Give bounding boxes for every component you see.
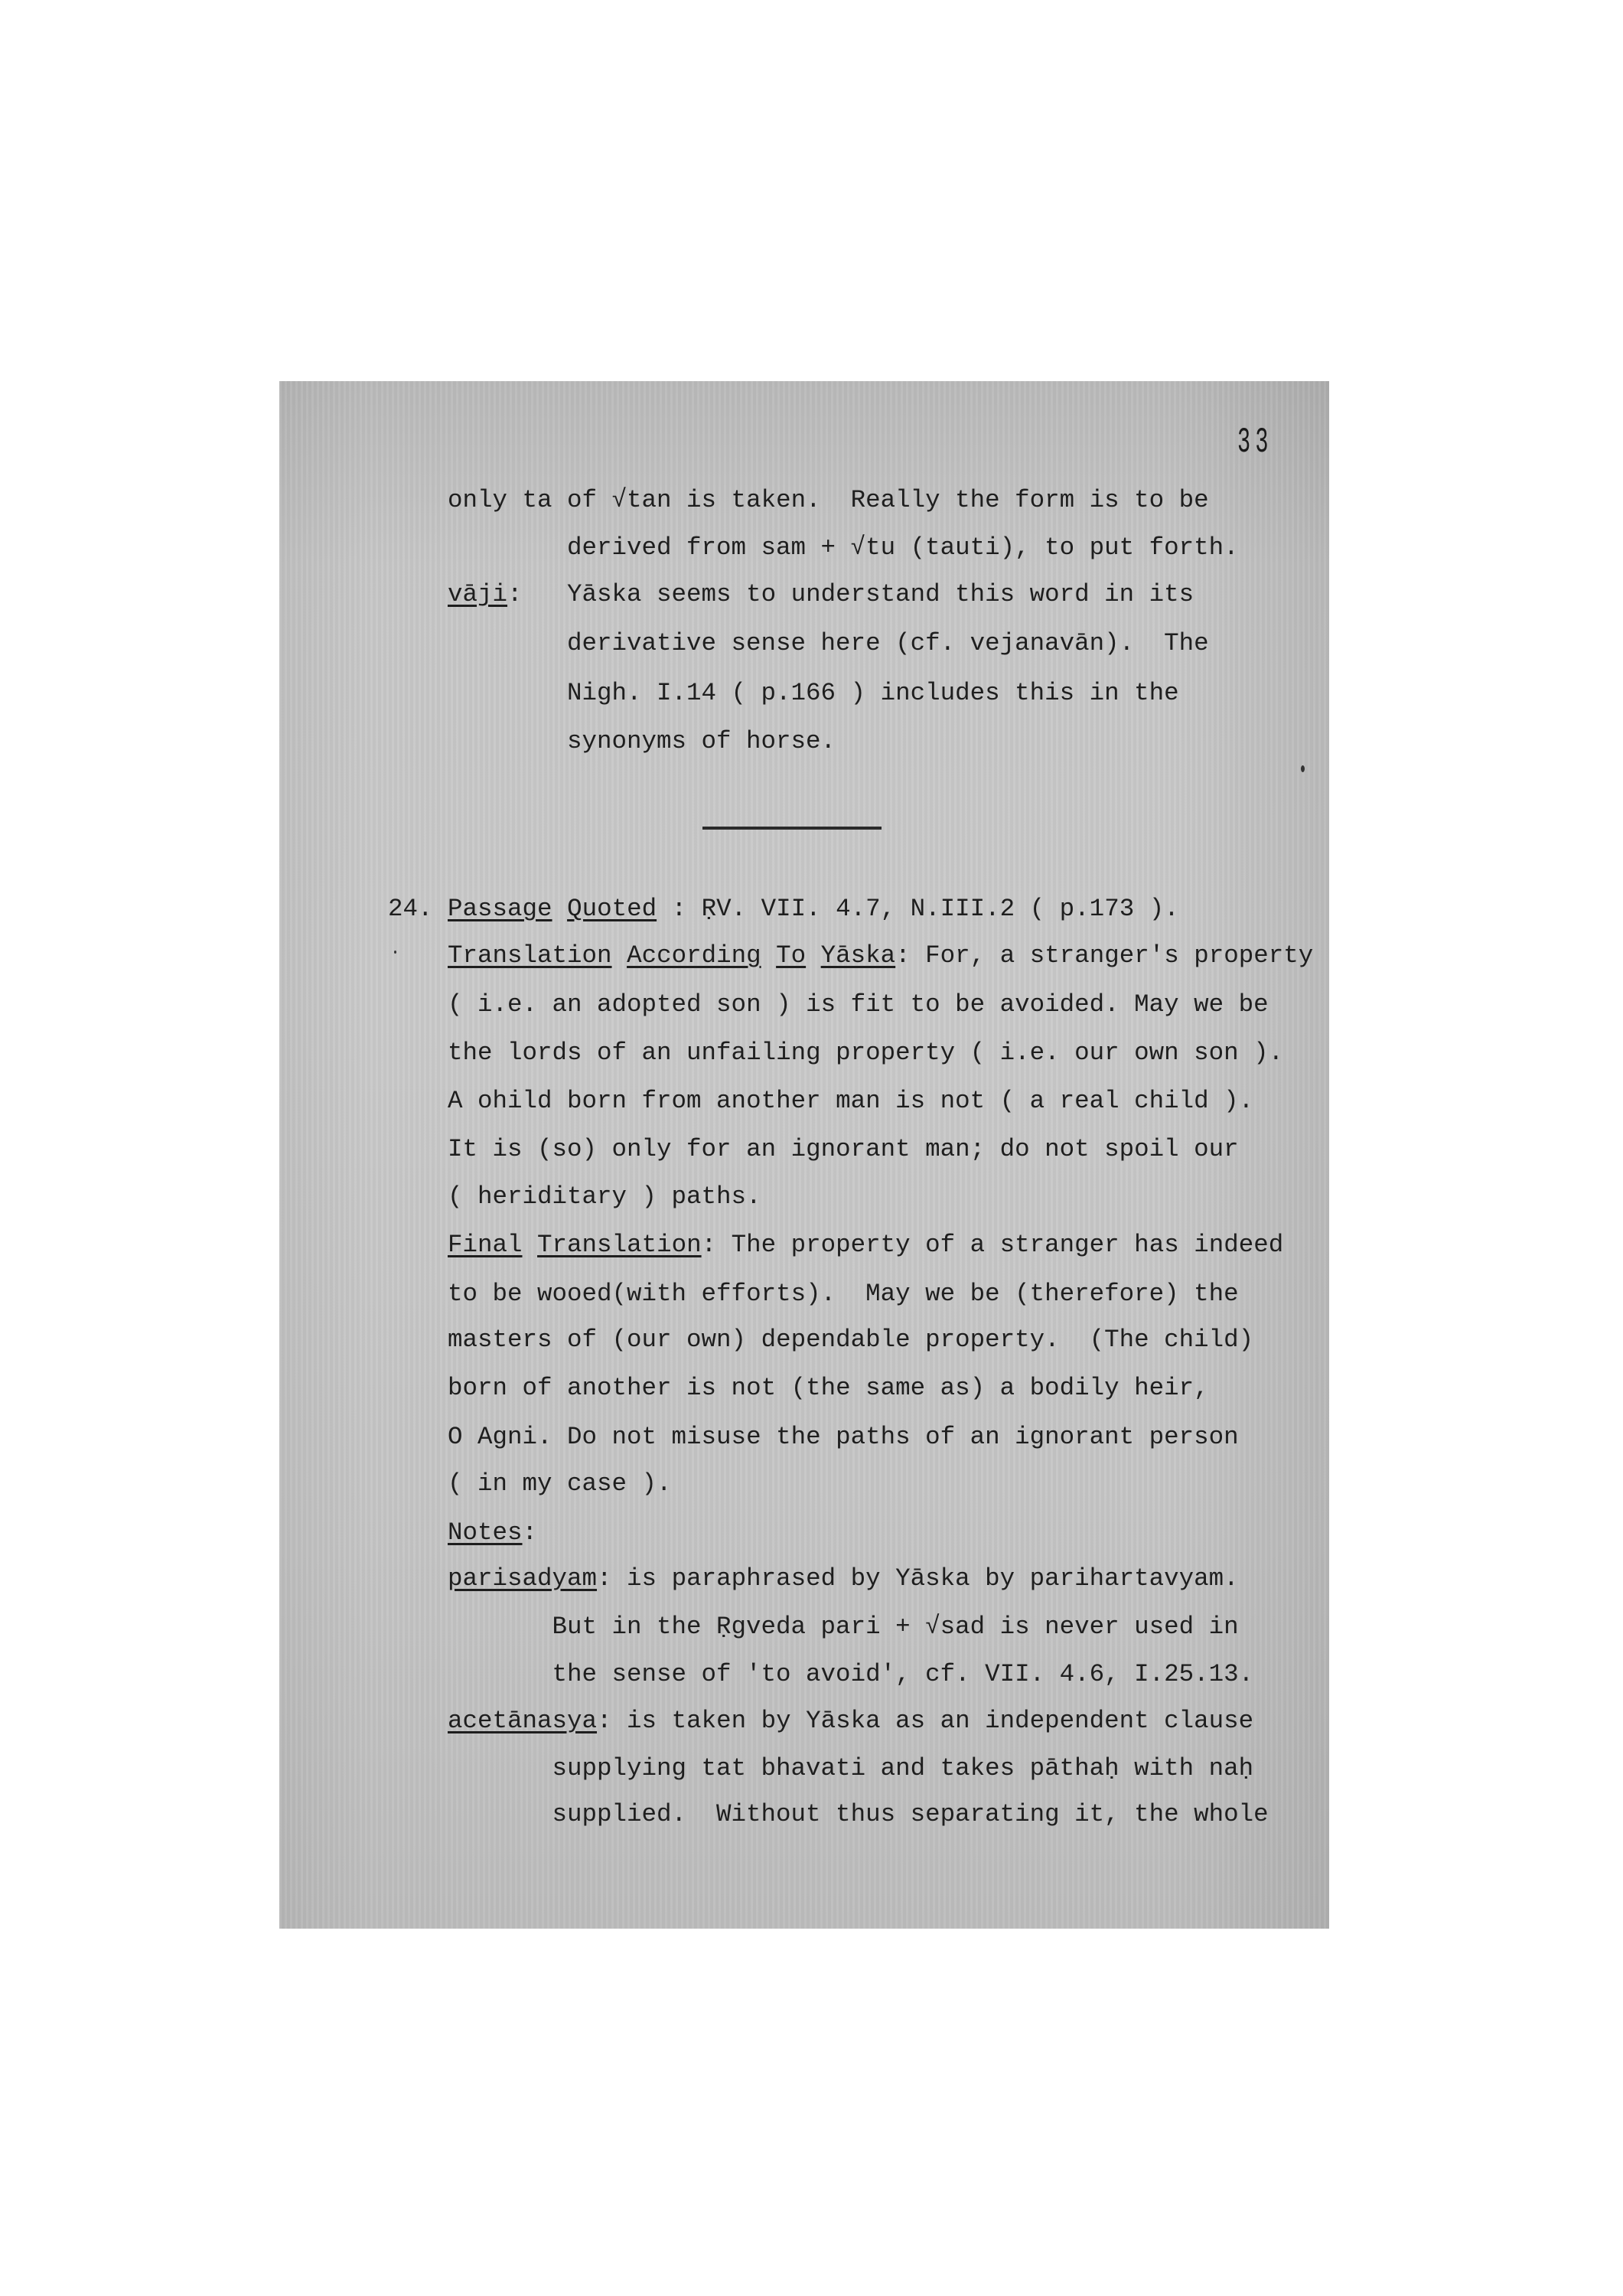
text-line: parisadyam: is paraphrased by Yāska by p… (448, 1564, 1239, 1594)
text-segment: derivative sense here (cf. vejanavān). T… (567, 629, 1209, 657)
text-segment: A ohild born from another man is not ( a… (448, 1087, 1253, 1115)
text-segment: only ta of √tan is taken. Really the for… (448, 486, 1209, 514)
text-segment: : ṚV. VII. 4.7, N.III.2 ( p.173 ). (657, 895, 1179, 923)
text-line: masters of (our own) dependable property… (448, 1325, 1253, 1355)
text-segment: : (523, 1518, 538, 1547)
ink-speck (394, 951, 396, 954)
text-segment: to be wooed(with efforts). May we be (th… (448, 1280, 1239, 1308)
text-line: born of another is not (the same as) a b… (448, 1373, 1209, 1404)
text-line: supplied. Without thus separating it, th… (552, 1799, 1269, 1830)
text-segment: ( heriditary ) paths. (448, 1182, 761, 1211)
underlined-term: Final (448, 1231, 523, 1259)
text-segment (523, 1231, 538, 1259)
text-line: synonyms of horse. (567, 726, 836, 757)
text-segment: derived from sam + √tu (tauti), to put f… (567, 533, 1239, 562)
text-line: acetānasya: is taken by Yāska as an inde… (448, 1706, 1253, 1737)
text-line: derived from sam + √tu (tauti), to put f… (567, 533, 1239, 563)
underlined-term: Translation (537, 1231, 702, 1259)
text-line: Notes: (448, 1518, 537, 1548)
text-segment: It is (so) only for an ignorant man; do … (448, 1135, 1239, 1163)
underlined-term: Yāska (821, 941, 896, 970)
text-segment: the sense of 'to avoid', cf. VII. 4.6, I… (552, 1660, 1254, 1688)
text-line: the sense of 'to avoid', cf. VII. 4.6, I… (552, 1659, 1254, 1690)
underlined-term: Passage (448, 895, 552, 923)
text-segment: the lords of an unfailing property ( i.e… (448, 1039, 1283, 1067)
underlined-term: parisadyam (448, 1564, 597, 1593)
text-line: 24. Passage Quoted : ṚV. VII. 4.7, N.III… (388, 894, 1179, 925)
underlined-term: According (627, 941, 761, 970)
text-segment: : For, a stranger's property (895, 941, 1313, 970)
text-line: ( in my case ). (448, 1469, 672, 1499)
text-line: the lords of an unfailing property ( i.e… (448, 1038, 1283, 1068)
text-segment: 24. (388, 895, 448, 923)
text-line: Translation According To Yāska: For, a s… (448, 941, 1313, 971)
text-segment (761, 941, 777, 970)
text-line: ( heriditary ) paths. (448, 1182, 761, 1212)
text-line: It is (so) only for an ignorant man; do … (448, 1134, 1239, 1165)
text-line: ( i.e. an adopted son ) is fit to be avo… (448, 990, 1269, 1020)
page-number: 33 (1237, 419, 1273, 465)
ink-speck (1301, 765, 1305, 772)
text-line: supplying tat bhavati and takes pāthaḥ w… (552, 1753, 1254, 1784)
underlined-term: Translation (448, 941, 612, 970)
underlined-term: Notes (448, 1518, 523, 1547)
text-segment: ( in my case ). (448, 1469, 672, 1498)
text-line: O Agni. Do not misuse the paths of an ig… (448, 1422, 1239, 1453)
text-segment: O Agni. Do not misuse the paths of an ig… (448, 1423, 1239, 1451)
text-segment (806, 941, 821, 970)
underlined-term: acetānasya (448, 1707, 597, 1735)
text-segment: supplied. Without thus separating it, th… (552, 1800, 1269, 1828)
text-segment: masters of (our own) dependable property… (448, 1326, 1253, 1354)
text-line: Nigh. I.14 ( p.166 ) includes this in th… (567, 678, 1179, 709)
text-line: Final Translation: The property of a str… (448, 1230, 1283, 1261)
underlined-term: vāji (448, 580, 507, 608)
text-segment: born of another is not (the same as) a b… (448, 1374, 1209, 1402)
text-line: to be wooed(with efforts). May we be (th… (448, 1279, 1239, 1309)
text-segment (612, 941, 627, 970)
text-segment: : is taken by Yāska as an independent cl… (597, 1707, 1253, 1735)
text-segment (552, 895, 568, 923)
text-line: only ta of √tan is taken. Really the for… (448, 485, 1209, 516)
section-separator (702, 827, 882, 830)
text-segment: : is paraphrased by Yāska by parihartavy… (597, 1564, 1239, 1593)
text-segment: But in the Ṛgveda pari + √sad is never u… (552, 1613, 1239, 1641)
text-segment: Nigh. I.14 ( p.166 ) includes this in th… (567, 679, 1179, 707)
text-segment: synonyms of horse. (567, 727, 836, 755)
text-segment: ( i.e. an adopted son ) is fit to be avo… (448, 990, 1269, 1019)
underlined-term: Quoted (567, 895, 657, 923)
text-line: A ohild born from another man is not ( a… (448, 1086, 1253, 1117)
text-line: vāji: Yāska seems to understand this wor… (448, 579, 1194, 610)
text-segment: : The property of a stranger has indeed (702, 1231, 1284, 1259)
underlined-term: To (776, 941, 806, 970)
text-line: But in the Ṛgveda pari + √sad is never u… (552, 1612, 1239, 1642)
text-segment: : Yāska seems to understand this word in… (507, 580, 1194, 608)
text-segment: supplying tat bhavati and takes pāthaḥ w… (552, 1754, 1254, 1782)
text-line: derivative sense here (cf. vejanavān). T… (567, 628, 1209, 659)
